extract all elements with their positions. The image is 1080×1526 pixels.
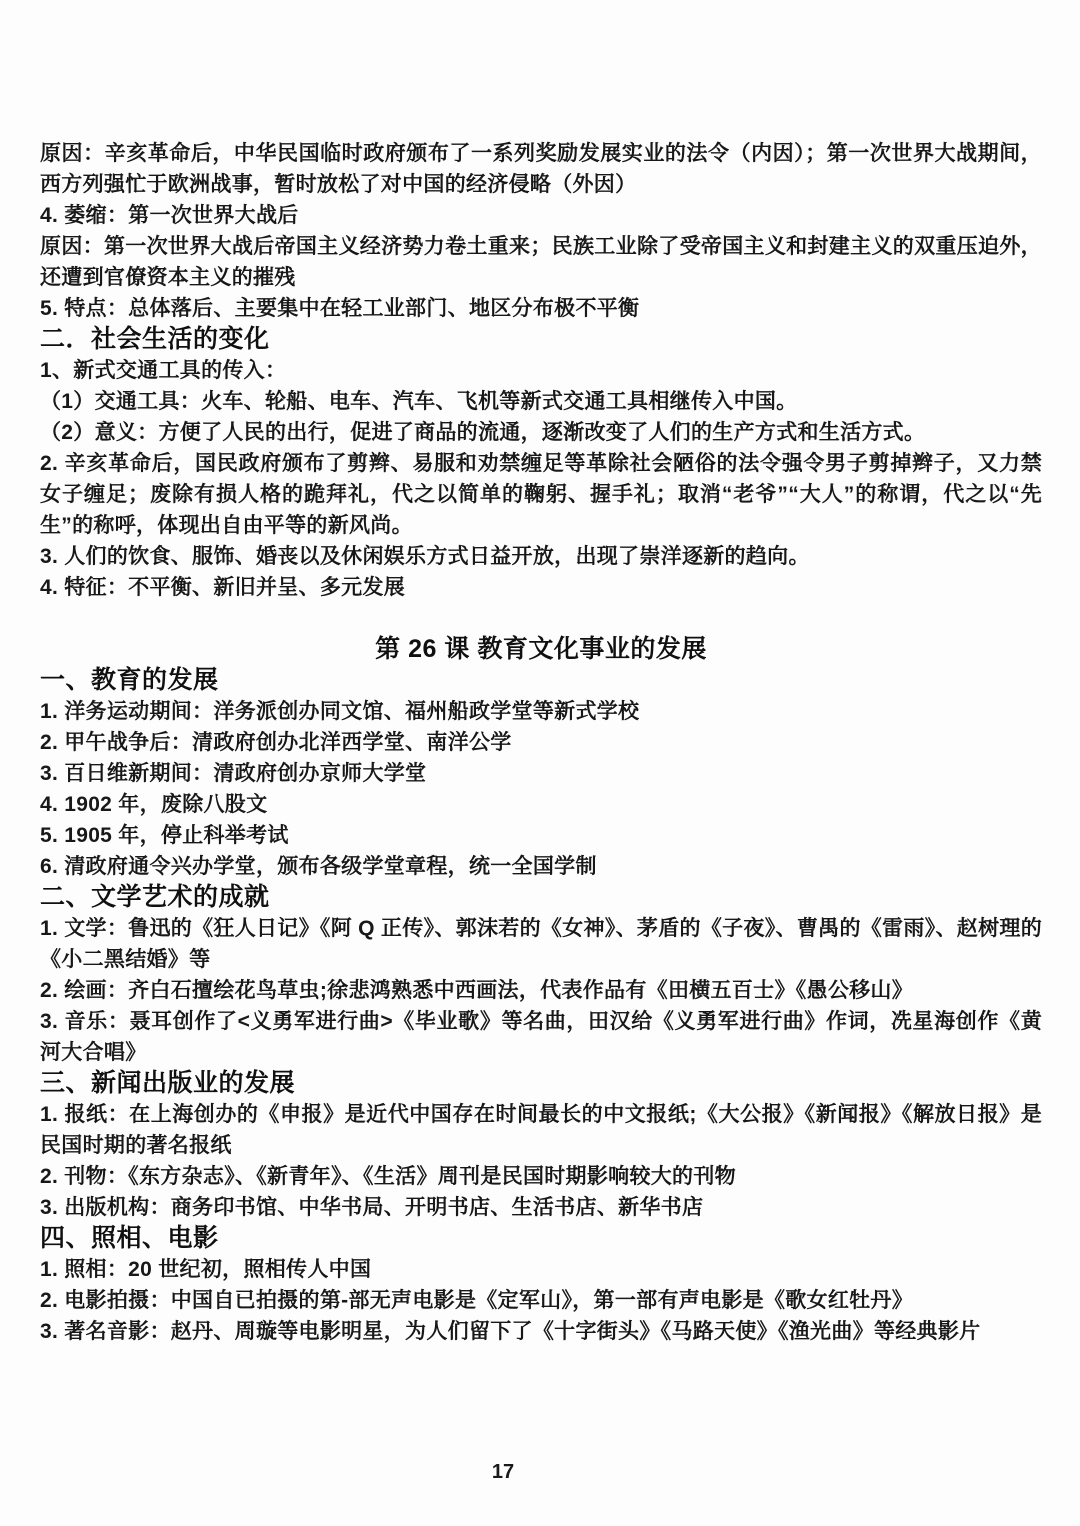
lesson-title: 第 26 课 教育文化事业的发展 [40,634,1042,665]
paragraph: 3. 出版机构：商务印书馆、中华书局、开明书店、生活书店、新华书店 [40,1192,1042,1223]
paragraph: 6. 清政府通令兴办学堂，颁布各级学堂章程，统一全国学制 [40,851,1042,882]
paragraph: 5. 1905 年，停止科举考试 [40,820,1042,851]
paragraph: 2. 辛亥革命后，国民政府颁布了剪辫、易服和劝禁缠足等革除社会陋俗的法令强令男子… [40,448,1042,541]
section-heading: 二、文学艺术的成就 [40,882,1042,913]
paragraph: 3. 著名音影：赵丹、周璇等电影明星，为人们留下了《十字街头》《马路天使》《渔光… [40,1316,1042,1347]
paragraph: 3. 百日维新期间：清政府创办京师大学堂 [40,758,1042,789]
paragraph: 2. 刊物：《东方杂志》、《新青年》、《生活》周刊是民国时期影响较大的刊物 [40,1161,1042,1192]
paragraph: 3. 人们的饮食、服饰、婚丧以及休闲娱乐方式日益开放，出现了崇洋逐新的趋向。 [40,541,1042,572]
paragraph: 2. 甲午战争后：清政府创办北洋西学堂、南洋公学 [40,727,1042,758]
section-heading: 四、照相、电影 [40,1223,1042,1254]
paragraph: 4. 1902 年，废除八股文 [40,789,1042,820]
paragraph: 4. 萎缩：第一次世界大战后 [40,200,1042,231]
section-heading: 三、新闻出版业的发展 [40,1068,1042,1099]
section-heading: 二．社会生活的变化 [40,324,1042,355]
paragraph: 1、新式交通工具的传入： [40,355,1042,386]
page-number: 17 [0,1461,1006,1484]
paragraph: 4. 特征：不平衡、新旧并呈、多元发展 [40,572,1042,603]
paragraph: 1. 报纸：在上海创办的《申报》是近代中国存在时间最长的中文报纸;《大公报》《新… [40,1099,1042,1161]
paragraph: 原因：辛亥革命后，中华民国临时政府颁布了一系列奖励发展实业的法令（内因）；第一次… [40,138,1042,200]
paragraph: 原因：第一次世界大战后帝国主义经济势力卷土重来；民族工业除了受帝国主义和封建主义… [40,231,1042,293]
section-heading: 一、教育的发展 [40,665,1042,696]
paragraph: 5. 特点：总体落后、主要集中在轻工业部门、地区分布极不平衡 [40,293,1042,324]
paragraph: 2. 绘画：齐白石擅绘花鸟草虫;徐悲鸿熟悉中西画法，代表作品有《田横五百士》《愚… [40,975,1042,1006]
paragraph: 3. 音乐：聂耳创作了<义勇军进行曲>《毕业歌》等名曲，田汉给《义勇军进行曲》作… [40,1006,1042,1068]
paragraph: 2. 电影拍摄：中国自已拍摄的第-部无声电影是《定军山》，第一部有声电影是《歌女… [40,1285,1042,1316]
paragraph: 1. 洋务运动期间：洋务派创办同文馆、福州船政学堂等新式学校 [40,696,1042,727]
paragraph: （1）交通工具：火车、轮船、电车、汽车、飞机等新式交通工具相继传入中国。 [40,386,1042,417]
document-page: 原因：辛亥革命后，中华民国临时政府颁布了一系列奖励发展实业的法令（内因）；第一次… [0,0,1080,1526]
paragraph: 1. 文学：鲁迅的《狂人日记》《阿 Q 正传》、郭沫若的《女神》、茅盾的《子夜》… [40,913,1042,975]
paragraph: 1. 照相：20 世纪初，照相传人中国 [40,1254,1042,1285]
document-body: 原因：辛亥革命后，中华民国临时政府颁布了一系列奖励发展实业的法令（内因）；第一次… [40,138,1042,1347]
paragraph: （2）意义：方便了人民的出行，促进了商品的流通，逐渐改变了人们的生产方式和生活方… [40,417,1042,448]
